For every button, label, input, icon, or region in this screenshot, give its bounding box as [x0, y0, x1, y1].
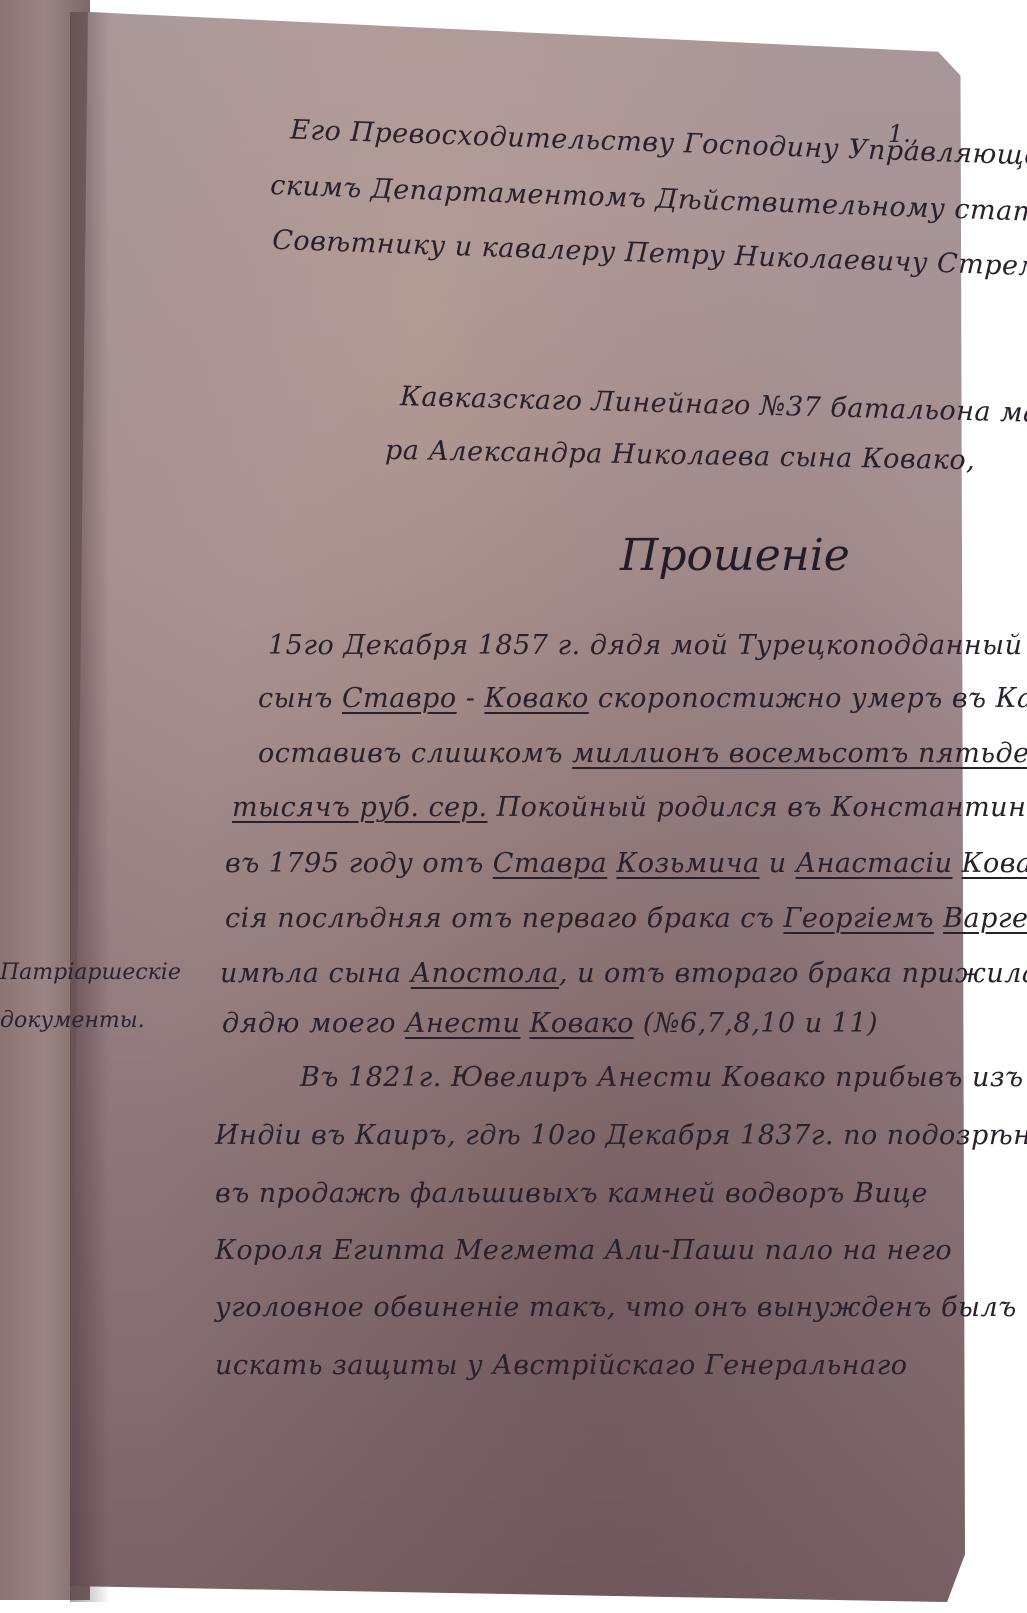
body-line-14: искать защиты у Австрійскаго Генеральнаг…: [215, 1350, 907, 1381]
binding-shadow: [70, 12, 110, 1602]
body-line-9: Въ 1821г. Ювелиръ Анести Ковако прибывъ …: [300, 1062, 1024, 1093]
margin-note-line-1: Патріаршескіе: [0, 960, 181, 985]
body-line-1: 15го Декабря 1857 г. дядя мой Турецкопод…: [268, 630, 1027, 661]
body-line-13: уголовное обвиненіе такъ, что онъ вынужд…: [215, 1292, 1017, 1323]
body-line-11: въ продажѣ фальшивыхъ камней водворъ Виц…: [215, 1178, 928, 1209]
body-line-8: дядю моего Анести Ковако (№6,7,8,10 и 11…: [222, 1008, 878, 1039]
body-line-10: Индіи въ Каиръ, гдѣ 10го Декабря 1837г. …: [215, 1120, 1027, 1151]
margin-note-line-2: документы.: [0, 1008, 145, 1033]
body-line-12: Короля Египта Мегмета Али-Паши пало на н…: [215, 1235, 952, 1266]
document-title: Прошеніе: [620, 530, 850, 581]
body-line-2: сынъ Ставро - Ковако скоропостижно умеръ…: [258, 683, 1027, 714]
body-line-4: тысячъ руб. сер. Покойный родился въ Кон…: [232, 792, 1027, 823]
body-line-3: оставивъ слишкомъ миллионъ восемьсотъ пя…: [258, 738, 1027, 769]
body-line-5: въ 1795 году отъ Ставра Козьмича и Анаст…: [225, 848, 1027, 879]
body-line-7: имѣла сына Апостола, и отъ втораго брака…: [220, 958, 1027, 989]
body-line-6: сія послѣдняя отъ перваго брака съ Георг…: [225, 903, 1027, 934]
